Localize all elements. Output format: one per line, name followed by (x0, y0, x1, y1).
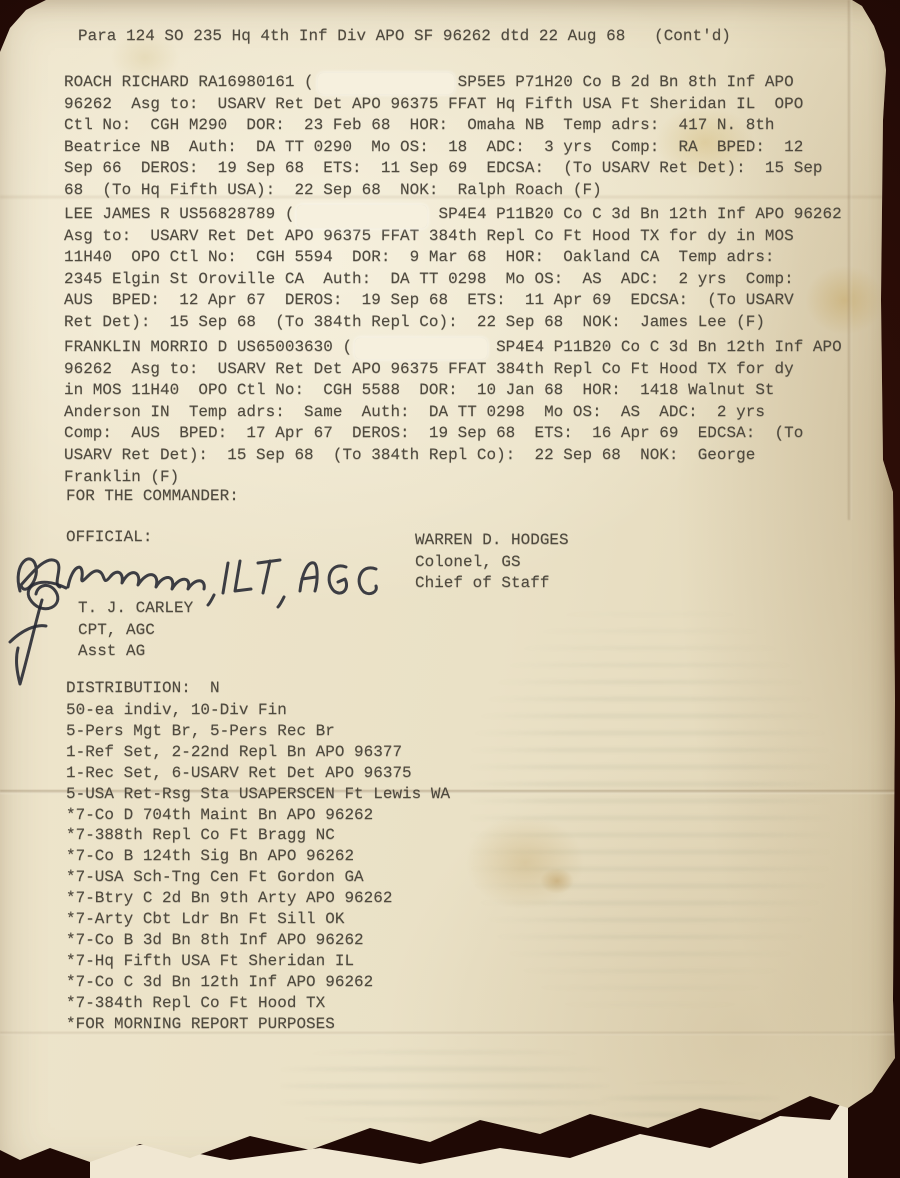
authenticator-rank: CPT, AGC (78, 620, 193, 642)
handwritten-for-note (2, 572, 82, 692)
distribution-item: *7-Hq Fifth USA Ft Sheridan IL (66, 951, 450, 972)
entry-line: Anderson IN Temp adrs: Same Auth: DA TT … (64, 402, 842, 424)
ink-bleed-through (600, 1080, 780, 1130)
distribution-item: *7-Co D 704th Maint Bn APO 96262 (66, 805, 450, 826)
distribution-item: *7-USA Sch-Tng Cen Ft Gordon GA (66, 867, 450, 888)
distribution-item: *7-Co B 3d Bn 8th Inf APO 96262 (66, 930, 450, 951)
morning-report-footnote: *FOR MORNING REPORT PURPOSES (66, 1014, 335, 1036)
entry-line: 68 (To Hq Fifth USA): 22 Sep 68 NOK: Ral… (64, 180, 823, 202)
entry-line: Comp: AUS BPED: 17 Apr 67 DEROS: 19 Sep … (64, 423, 842, 445)
signer-block: WARREN D. HODGES Colonel, GS Chief of St… (415, 530, 569, 595)
order-header-line: Para 124 SO 235 Hq 4th Inf Div APO SF 96… (78, 26, 731, 48)
distribution-item: 5-USA Ret-Rsg Sta USAPERSCEN Ft Lewis WA (66, 784, 450, 805)
redaction-whiteout (318, 73, 454, 94)
distribution-label-text: DISTRIBUTION: N (66, 678, 220, 700)
ink-bleed-through (470, 600, 830, 1020)
soldier-entry-franklin: FRANKLIN MORRIO D US65003630 ( ) SP4E4 P… (64, 337, 842, 488)
entry-line: 11H40 OPO Ctl No: CGH 5594 DOR: 9 Mar 68… (64, 247, 842, 269)
distribution-item: *7-Btry C 2d Bn 9th Arty APO 96262 (66, 888, 450, 909)
entry-line: Ret Det): 15 Sep 68 (To 384th Repl Co): … (64, 312, 842, 334)
paper-stain (540, 868, 574, 894)
entry-line: USARV Ret Det): 15 Sep 68 (To 384th Repl… (64, 445, 842, 467)
entry-line: 96262 Asg to: USARV Ret Det APO 96375 FF… (64, 359, 842, 381)
distribution-list: 50-ea indiv, 10-Div Fin 5-Pers Mgt Br, 5… (66, 700, 450, 1014)
for-the-commander-line: FOR THE COMMANDER: (66, 486, 239, 508)
entry-line: Beatrice NB Auth: DA TT 0290 Mo OS: 18 A… (64, 137, 823, 159)
distribution-item: 1-Rec Set, 6-USARV Ret Det APO 96375 (66, 763, 450, 784)
entry-line: Franklin (F) (64, 467, 842, 489)
signer-title: Chief of Staff (415, 573, 569, 595)
document-page: Para 124 SO 235 Hq 4th Inf Div APO SF 96… (0, 0, 900, 1178)
ink-bleed-through (280, 1040, 610, 1135)
fold-crease (848, 0, 852, 520)
redaction-whiteout (355, 338, 487, 359)
distribution-item: *7-388th Repl Co Ft Bragg NC (66, 825, 450, 846)
entry-line: 2345 Elgin St Oroville CA Auth: DA TT 02… (64, 269, 842, 291)
signer-rank: Colonel, GS (415, 552, 569, 574)
distribution-item: 1-Ref Set, 2-22nd Repl Bn APO 96377 (66, 742, 450, 763)
for-the-commander-text: FOR THE COMMANDER: (66, 486, 239, 508)
entry-line: Sep 66 DEROS: 19 Sep 68 ETS: 11 Sep 69 E… (64, 158, 823, 180)
distribution-label: DISTRIBUTION: N (66, 678, 220, 700)
entry-line: in MOS 11H40 OPO Ctl No: CGH 5588 DOR: 1… (64, 380, 842, 402)
distribution-item: *7-384th Repl Co Ft Hood TX (66, 993, 450, 1014)
distribution-item: *7-Co B 124th Sig Bn APO 96262 (66, 846, 450, 867)
redaction-whiteout (297, 205, 427, 228)
footnote-text: *FOR MORNING REPORT PURPOSES (66, 1014, 335, 1036)
order-header: Para 124 SO 235 Hq 4th Inf Div APO SF 96… (78, 26, 731, 48)
entry-line: Asg to: USARV Ret Det APO 96375 FFAT 384… (64, 226, 842, 248)
distribution-item: 50-ea indiv, 10-Div Fin (66, 700, 450, 721)
authenticator-title: Asst AG (78, 641, 193, 663)
entry-line: AUS BPED: 12 Apr 67 DEROS: 19 Sep 68 ETS… (64, 290, 842, 312)
entry-line: Ctl No: CGH M290 DOR: 23 Feb 68 HOR: Oma… (64, 115, 823, 137)
soldier-entry-lee: LEE JAMES R US56828789 ( ) SP4E4 P11B20 … (64, 204, 842, 334)
paper-stain (465, 815, 585, 910)
distribution-item: *7-Arty Cbt Ldr Bn Ft Sill OK (66, 909, 450, 930)
signer-name: WARREN D. HODGES (415, 530, 569, 552)
entry-line: 96262 Asg to: USARV Ret Det APO 96375 FF… (64, 94, 823, 116)
distribution-item: 5-Pers Mgt Br, 5-Pers Rec Br (66, 721, 450, 742)
entry-line: LEE JAMES R US56828789 ( ) SP4E4 P11B20 … (64, 204, 842, 226)
distribution-item: *7-Co C 3d Bn 12th Inf APO 96262 (66, 972, 450, 993)
